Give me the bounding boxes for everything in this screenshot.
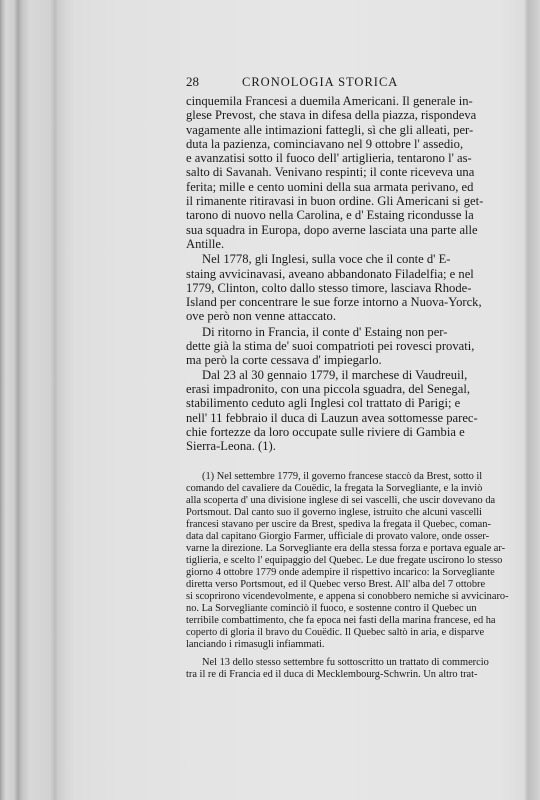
footnote-line: Portsmout. Dal canto suo il governo ingl…: [186, 507, 432, 519]
footnote-line: lanciando i rimasugli infiammati.: [186, 639, 432, 651]
footnote-line: si scoprirono vicendevolmente, e appena …: [186, 591, 432, 603]
footnote-line: francesi stavano per uscire da Brest, sp…: [186, 519, 432, 531]
text-line: duta la pazienza, cominciavano nel 9 ott…: [186, 137, 430, 151]
footnote-continuation: Nel 13 dello stesso settembre fu sottosc…: [186, 657, 432, 681]
footnote-line: no. La Sorvegliante cominciò il fuoco, e…: [186, 603, 432, 615]
footnote-line: giorno 4 ottobre 1779 onde adempire il r…: [186, 567, 432, 579]
footnote-line: tiglieria, e scelto l' equipaggio del Qu…: [186, 555, 432, 567]
text-line: staing avvicinavasi, aveano abbandonato …: [186, 267, 430, 281]
footnote-line: data dal capitano Giorgio Farmer, uffici…: [186, 531, 432, 543]
text-line: Nel 1778, gli Inglesi, sulla voce che il…: [186, 252, 430, 266]
footnote-line: (1) Nel settembre 1779, il governo franc…: [186, 471, 432, 483]
text-line: ove però non venne attaccato.: [186, 309, 430, 323]
text-line: il rimanente ritiravasi in buon ordine. …: [186, 194, 430, 208]
text-line: cinquemila Francesi a duemila Americani.…: [186, 94, 430, 108]
footnote-line: coperto di gloria il bravo du Couëdic. I…: [186, 627, 432, 639]
page-number: 28: [186, 74, 226, 90]
text-line: vagamente alle intimazioni fattegli, sì …: [186, 123, 430, 137]
text-line: Island per concentrare le sue forze into…: [186, 295, 430, 309]
text-line: Dal 23 al 30 gennaio 1779, il marchese d…: [186, 368, 430, 382]
paragraph: cinquemila Francesi a duemila Americani.…: [186, 94, 430, 251]
text-line: erasi impadronito, con una piccola sguad…: [186, 382, 430, 396]
main-text: cinquemila Francesi a duemila Americani.…: [186, 94, 430, 453]
text-line: ma però la corte cessava d' impiegarlo.: [186, 353, 430, 367]
footnote-line: comando del cavaliere da Couëdic, la fre…: [186, 483, 432, 495]
text-line: Antille.: [186, 237, 430, 251]
text-line: Di ritorno in Francia, il conte d' Estai…: [186, 325, 430, 339]
footnote-line: terribile combattimento, che fa epoca ne…: [186, 615, 432, 627]
footnote: (1) Nel settembre 1779, il governo franc…: [186, 471, 432, 651]
text-line: chie fortezze da loro occupate sulle riv…: [186, 425, 430, 439]
running-head-title: CRONOLOGIA STORICA: [242, 75, 398, 90]
text-line: sua squadra in Europa, dopo averne lasci…: [186, 223, 430, 237]
text-line: 1779, Clinton, colto dallo stesso timore…: [186, 281, 430, 295]
text-line: ferita; mille e cento uomini della sua a…: [186, 180, 430, 194]
paragraph: Nel 1778, gli Inglesi, sulla voce che il…: [186, 252, 430, 323]
text-line: Sierra-Leona. (1).: [186, 439, 430, 453]
footnote-line: Nel 13 dello stesso settembre fu sottosc…: [186, 657, 432, 669]
paragraph: Di ritorno in Francia, il conte d' Estai…: [186, 325, 430, 368]
footnote-line: varne la direzione. La Sorvegliante era …: [186, 543, 432, 555]
footnote-line: alla scoperta d' una divisione inglese d…: [186, 495, 432, 507]
text-line: tarono di nuovo nella Carolina, e d' Est…: [186, 208, 430, 222]
paragraph: Dal 23 al 30 gennaio 1779, il marchese d…: [186, 368, 430, 454]
text-line: e avanzatisi sotto il fuoco dell' artigl…: [186, 151, 430, 165]
footnotes: (1) Nel settembre 1779, il governo franc…: [186, 471, 432, 681]
text-line: dette già la stima de' suoi compatrioti …: [186, 339, 430, 353]
text-line: nell' 11 febbraio il duca di Lauzun avea…: [186, 411, 430, 425]
text-line: stabilimento ceduto agli Inglesi col tra…: [186, 396, 430, 410]
footnote-line: tra il re di Francia ed il duca di Meckl…: [186, 669, 432, 681]
footnote-line: diretta verso Portsmout, ed il Quebec ve…: [186, 579, 432, 591]
running-head: 28 CRONOLOGIA STORICA: [186, 74, 430, 90]
text-line: salto di Savanah. Venivano respinti; il …: [186, 165, 430, 179]
text-line: glese Prevost, che stava in difesa della…: [186, 108, 430, 122]
book-page: 28 CRONOLOGIA STORICA cinquemila Frances…: [186, 74, 430, 681]
